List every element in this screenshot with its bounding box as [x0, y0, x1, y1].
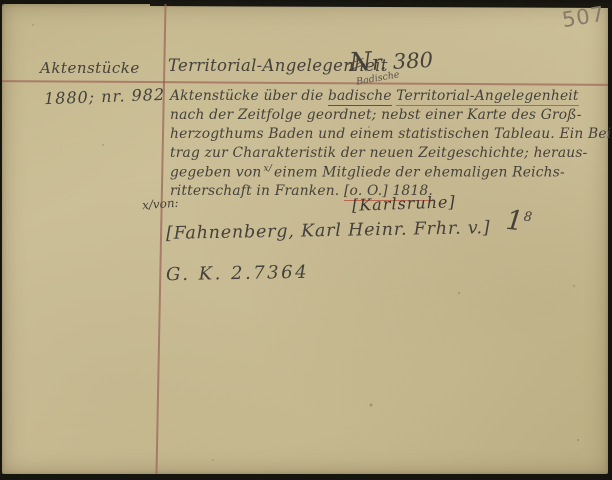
line5-insertion-mark: x/ — [261, 164, 274, 174]
shelfmark: G. K. 2.7364 — [166, 262, 309, 285]
body-text: Aktenstücke über die badische Territoria… — [170, 88, 608, 202]
body-line-3: herzogthums Baden und einem statistische… — [170, 126, 608, 145]
scanned-catalog-card-photo: 507 Aktenstücke 1880; nr. 982 Territoria… — [0, 0, 612, 480]
format-notation: 18 — [504, 205, 533, 238]
body-line-2: nach der Zeitfolge geordnet; nebst einer… — [170, 107, 608, 126]
body-line-1: Aktenstücke über die badische Territoria… — [170, 88, 608, 107]
line1-pre: Aktenstücke über die — [170, 88, 328, 104]
line5-pre: gegeben von — [170, 165, 261, 181]
format-volume-count: 1 — [504, 205, 524, 238]
von-margin-note: x/von: — [142, 196, 179, 213]
photo-right-edge-mark — [608, 328, 612, 392]
line1-ink-underlined-word: badische — [328, 88, 392, 106]
body-line-4: trag zur Charakteristik der neuen Zeitge… — [170, 145, 608, 164]
paper-foxing-specks — [2, 4, 3, 5]
left-column-heading: Aktenstücke — [40, 59, 140, 77]
place-correction-note: [Karlsruhe] — [352, 192, 456, 215]
format-octavo-superscript: 8 — [523, 210, 533, 226]
body-line-5: gegeben vonx/einem Mitgliede der ehemali… — [170, 164, 608, 183]
line6-pre: ritterschaft in Franken. — [170, 183, 344, 199]
line5-post: einem Mitgliede der ehemaligen Reichs- — [274, 165, 565, 181]
line1-red-underlined-phrase: Territorial-Angelegenheit — [396, 88, 578, 106]
